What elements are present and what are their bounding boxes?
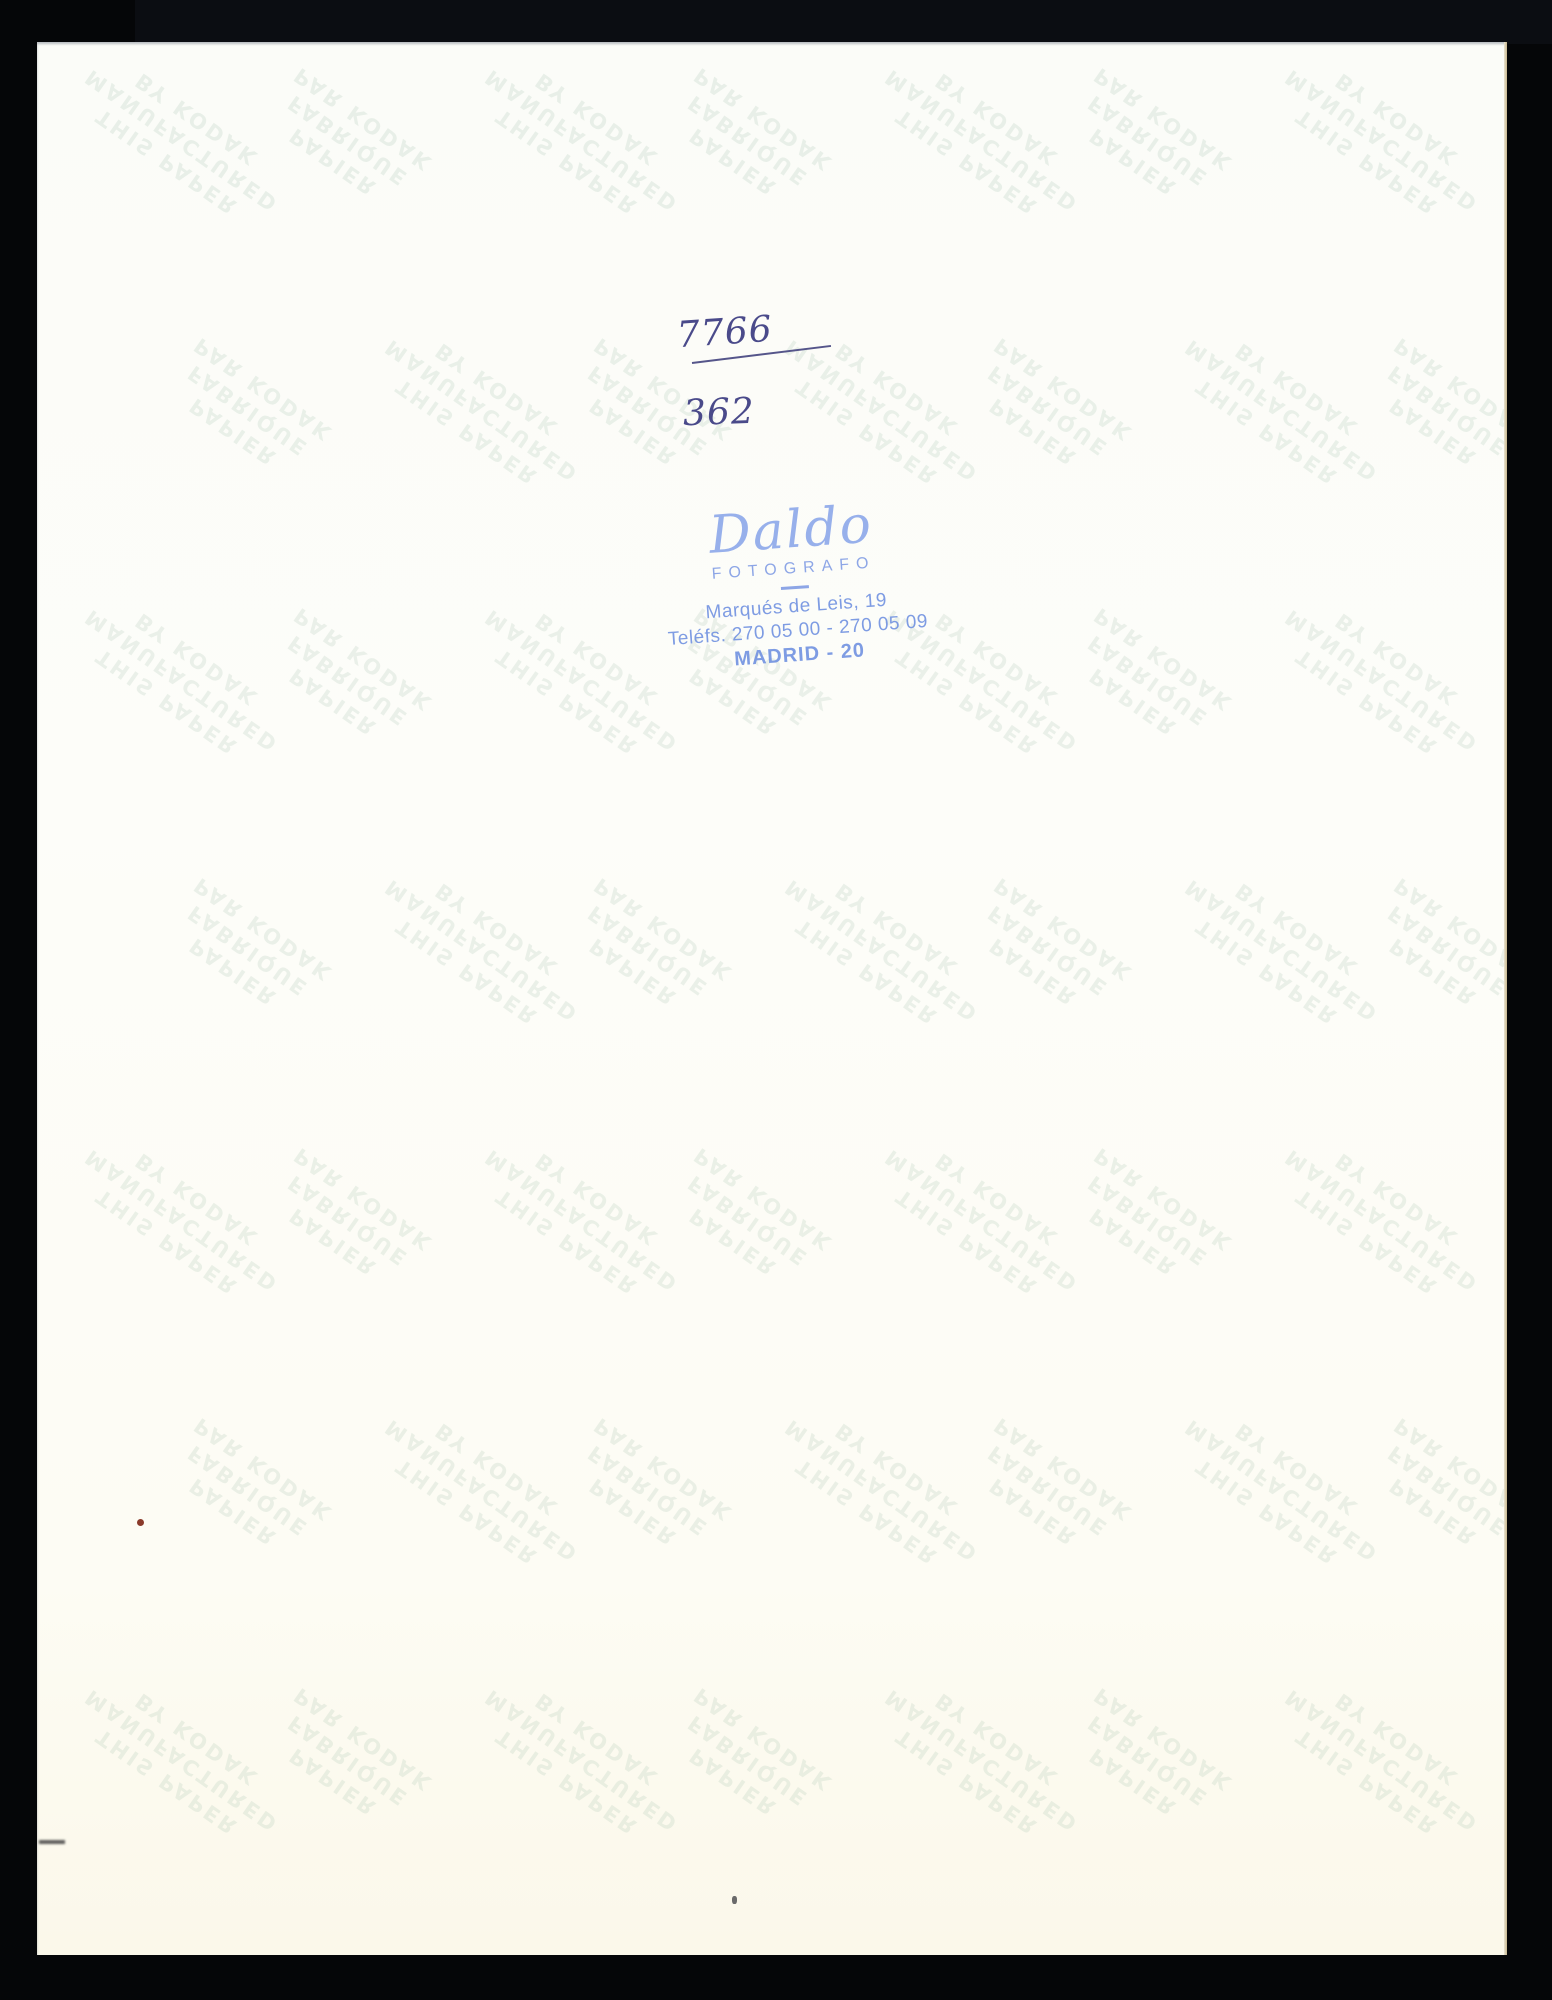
watermark-text: THIS PAPERMANUFACTUREDBY KODAK <box>765 1393 999 1589</box>
watermark-text: THIS PAPERMANUFACTUREDBY KODAK <box>365 313 599 509</box>
handwritten-top-number: 7766 <box>676 309 774 357</box>
watermark-text: PAPIERFABRIQUEPAR KODAK <box>1059 1142 1238 1300</box>
watermark-text: PAPIERFABRIQUEPAR KODAK <box>959 1412 1138 1570</box>
watermark-text: PAPIERFABRIQUEPAR KODAK <box>959 872 1138 1030</box>
watermark-text: THIS PAPERMANUFACTUREDBY KODAK <box>465 43 699 239</box>
margin-pencil-note: 1358 <box>37 1842 39 1918</box>
watermark-text: THIS PAPERMANUFACTUREDBY KODAK <box>865 1123 1099 1319</box>
paper-speck <box>137 1519 144 1526</box>
watermark-text: PAPIERFABRIQUEPAR KODAK <box>1359 1412 1507 1570</box>
watermark-text: PAPIERFABRIQUEPAR KODAK <box>159 1412 338 1570</box>
photographer-stamp: Daldo FOTOGRAFO Marqués de Leis, 19 Telé… <box>619 490 974 743</box>
watermark-text: THIS PAPERMANUFACTUREDBY KODAK <box>65 583 299 779</box>
watermark-text: THIS PAPERMANUFACTUREDBY KODAK <box>1165 853 1399 1049</box>
watermark-text: PAPIERFABRIQUEPAR KODAK <box>559 1412 738 1570</box>
scanner-background-band <box>135 0 1552 44</box>
watermark-text: THIS PAPERMANUFACTUREDBY KODAK <box>765 853 999 1049</box>
watermark-text: THIS PAPERMANUFACTUREDBY KODAK <box>765 313 999 509</box>
watermark-text: THIS PAPERMANUFACTUREDBY KODAK <box>1165 1393 1399 1589</box>
watermark-text: THIS PAPERMANUFACTUREDBY KODAK <box>865 43 1099 239</box>
watermark-text: THIS PAPERMANUFACTUREDBY KODAK <box>1265 43 1499 239</box>
watermark-text: PAPIERFABRIQUEPAR KODAK <box>959 332 1138 490</box>
watermark-text: THIS PAPERMANUFACTUREDBY KODAK <box>1265 1663 1499 1859</box>
photo-paper-back: THIS PAPERMANUFACTUREDBY KODAKPAPIERFABR… <box>37 42 1507 1955</box>
watermark-text: PAPIERFABRIQUEPAR KODAK <box>259 1682 438 1840</box>
watermark-text: PAPIERFABRIQUEPAR KODAK <box>659 1142 838 1300</box>
paper-edge <box>1504 42 1507 1955</box>
watermark-text: THIS PAPERMANUFACTUREDBY KODAK <box>465 1123 699 1319</box>
watermark-text: PAPIERFABRIQUEPAR KODAK <box>1059 602 1238 760</box>
watermark-text: THIS PAPERMANUFACTUREDBY KODAK <box>65 1663 299 1859</box>
margin-note-mark <box>39 1840 65 1844</box>
watermark-text: THIS PAPERMANUFACTUREDBY KODAK <box>465 1663 699 1859</box>
watermark-text: THIS PAPERMANUFACTUREDBY KODAK <box>865 1663 1099 1859</box>
watermark-text: PAPIERFABRIQUEPAR KODAK <box>559 872 738 1030</box>
watermark-text: THIS PAPERMANUFACTUREDBY KODAK <box>1265 583 1499 779</box>
watermark-text: PAPIERFABRIQUEPAR KODAK <box>159 872 338 1030</box>
watermark-text: THIS PAPERMANUFACTUREDBY KODAK <box>1265 1123 1499 1319</box>
watermark-text: PAPIERFABRIQUEPAR KODAK <box>1359 872 1507 1030</box>
stamp-divider <box>781 585 809 590</box>
watermark-text: THIS PAPERMANUFACTUREDBY KODAK <box>65 43 299 239</box>
watermark-text: THIS PAPERMANUFACTUREDBY KODAK <box>65 1123 299 1319</box>
watermark-text: THIS PAPERMANUFACTUREDBY KODAK <box>365 1393 599 1589</box>
watermark-text: PAPIERFABRIQUEPAR KODAK <box>1059 62 1238 220</box>
watermark-text: PAPIERFABRIQUEPAR KODAK <box>259 62 438 220</box>
watermark-text: PAPIERFABRIQUEPAR KODAK <box>259 602 438 760</box>
watermark-text: PAPIERFABRIQUEPAR KODAK <box>159 332 338 490</box>
watermark-text: PAPIERFABRIQUEPAR KODAK <box>1359 332 1507 490</box>
watermark-text: PAPIERFABRIQUEPAR KODAK <box>259 1142 438 1300</box>
watermark-text: THIS PAPERMANUFACTUREDBY KODAK <box>1165 313 1399 509</box>
watermark-text: PAPIERFABRIQUEPAR KODAK <box>659 1682 838 1840</box>
watermark-text: PAPIERFABRIQUEPAR KODAK <box>1059 1682 1238 1840</box>
handwritten-bottom-number: 362 <box>682 391 755 434</box>
watermark-text: THIS PAPERMANUFACTUREDBY KODAK <box>365 853 599 1049</box>
paper-speck <box>732 1896 737 1904</box>
watermark-text: PAPIERFABRIQUEPAR KODAK <box>659 62 838 220</box>
